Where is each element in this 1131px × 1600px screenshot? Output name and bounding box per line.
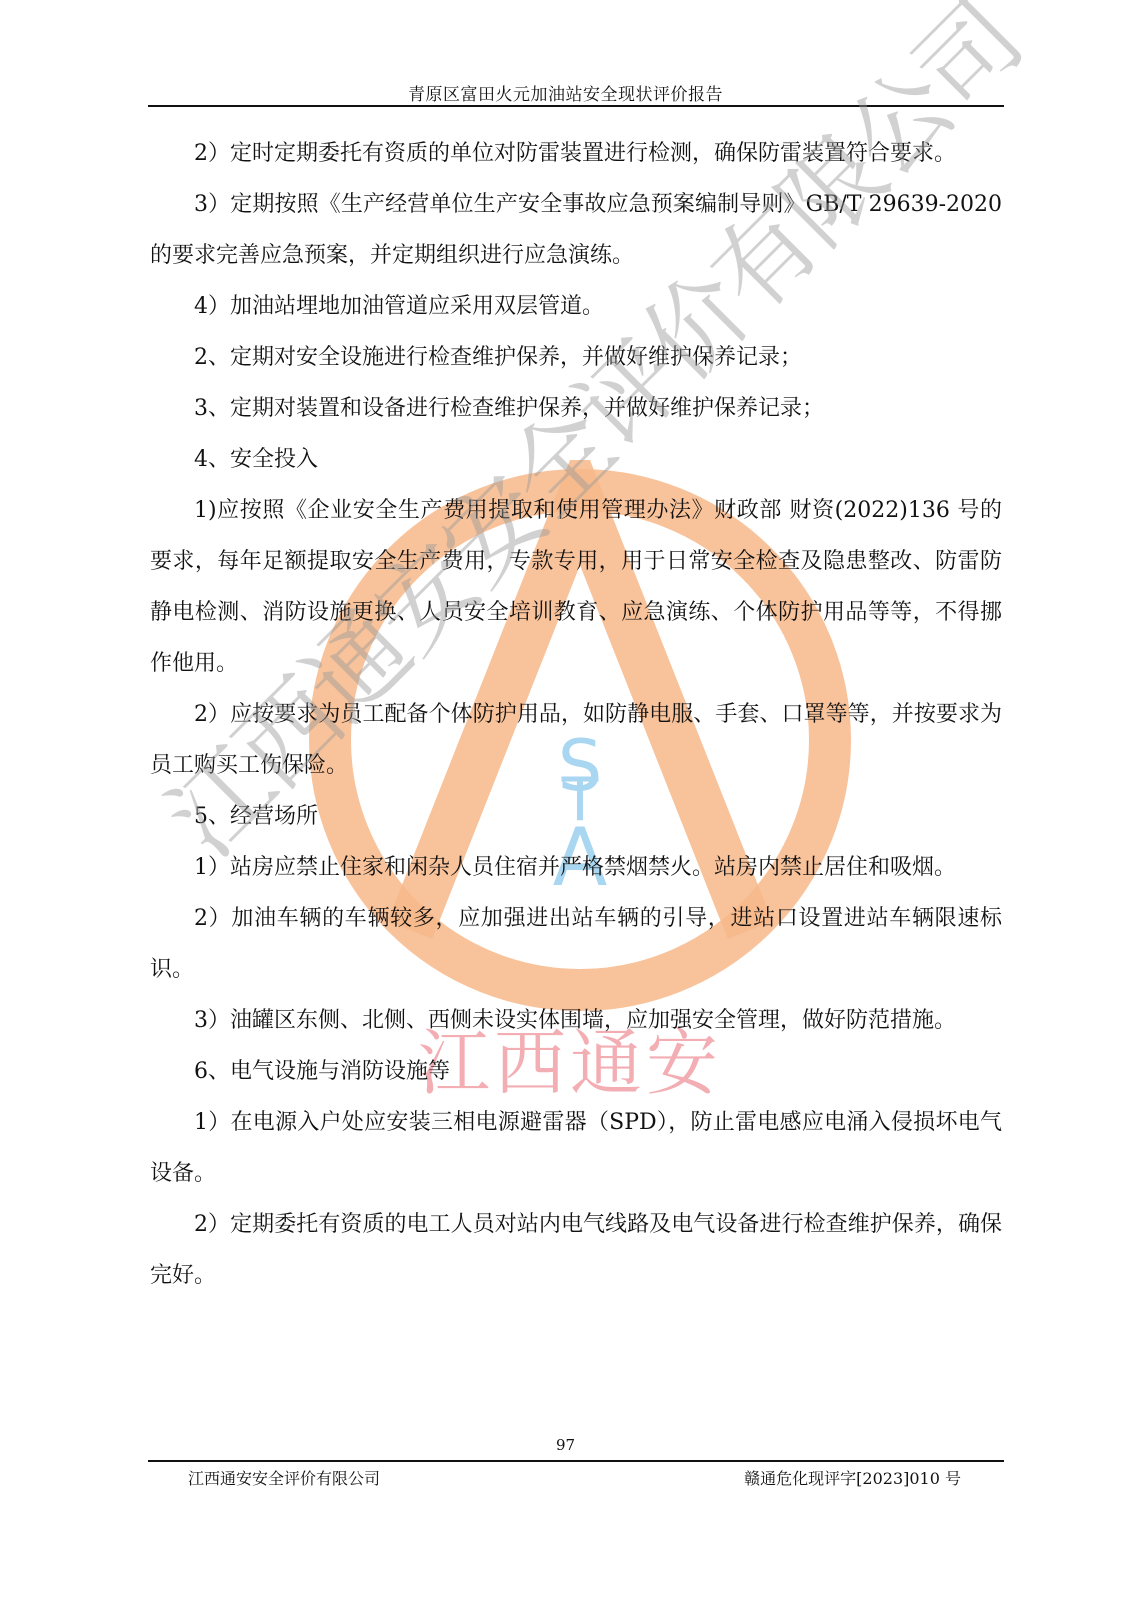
footer-divider xyxy=(148,1460,1004,1462)
footer-company-name: 江西通安安全评价有限公司 xyxy=(188,1466,380,1489)
paragraph: 2）定期委托有资质的电工人员对站内电气线路及电气设备进行检查维护保养，确保完好。 xyxy=(150,1199,1002,1301)
paragraph: 3）油罐区东侧、北侧、西侧未设实体围墙，应加强安全管理，做好防范措施。 xyxy=(150,995,1002,1046)
footer-document-number: 赣通危化现评字[2023]010 号 xyxy=(744,1466,961,1489)
paragraph: 2、定期对安全设施进行检查维护保养，并做好维护保养记录； xyxy=(150,332,1002,383)
paragraph: 3）定期按照《生产经营单位生产安全事故应急预案编制导则》GB/T 29639-2… xyxy=(150,179,1002,281)
paragraph: 2）应按要求为员工配备个体防护用品，如防静电服、手套、口罩等等，并按要求为员工购… xyxy=(150,689,1002,791)
document-body: 2）定时定期委托有资质的单位对防雷装置进行检测，确保防雷装置符合要求。 3）定期… xyxy=(150,128,1002,1301)
section-heading: 6、电气设施与消防设施等 xyxy=(150,1046,1002,1097)
paragraph: 3、定期对装置和设备进行检查维护保养，并做好维护保养记录； xyxy=(150,383,1002,434)
section-heading: 4、安全投入 xyxy=(150,434,1002,485)
document-page: 青原区富田火元加油站安全现状评价报告 S T A 江西通安 2）定时定期委托有资… xyxy=(0,0,1131,1600)
paragraph: 4）加油站埋地加油管道应采用双层管道。 xyxy=(150,281,1002,332)
paragraph: 1）在电源入户处应安装三相电源避雷器（SPD），防止雷电感应电涌入侵损坏电气设备… xyxy=(150,1097,1002,1199)
paragraph: 2）加油车辆的车辆较多，应加强进出站车辆的引导，进站口设置进站车辆限速标识。 xyxy=(150,893,1002,995)
page-number: 97 xyxy=(0,1436,1131,1454)
paragraph: 2）定时定期委托有资质的单位对防雷装置进行检测，确保防雷装置符合要求。 xyxy=(150,128,1002,179)
section-heading: 5、经营场所 xyxy=(150,791,1002,842)
header-divider xyxy=(148,105,1004,107)
paragraph: 1）站房应禁止住家和闲杂人员住宿并严格禁烟禁火。站房内禁止居住和吸烟。 xyxy=(150,842,1002,893)
report-header-title: 青原区富田火元加油站安全现状评价报告 xyxy=(0,80,1131,105)
paragraph: 1)应按照《企业安全生产费用提取和使用管理办法》财政部 财资(2022)136 … xyxy=(150,485,1002,689)
